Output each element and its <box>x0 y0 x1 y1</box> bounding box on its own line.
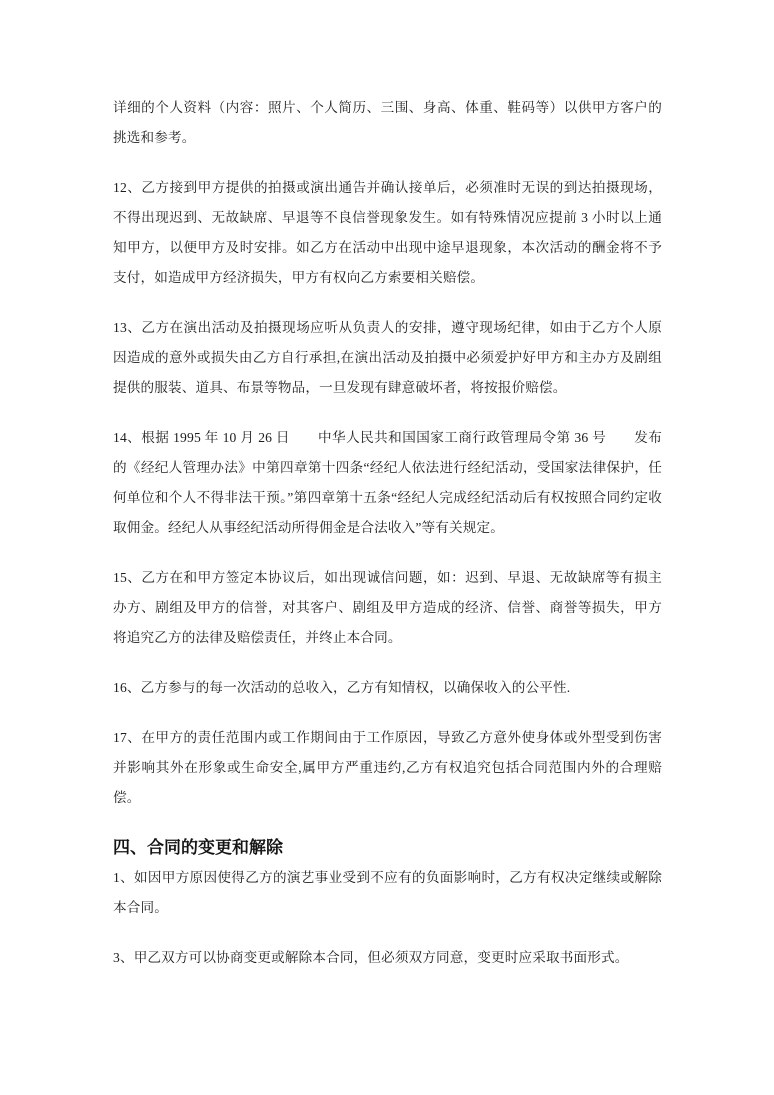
document-page: 详细的个人资料（内容：照片、个人简历、三围、身高、体重、鞋码等）以供甲方客户的挑… <box>0 0 774 1095</box>
section-4-heading: 四、合同的变更和解除 <box>113 833 662 863</box>
clause-17: 17、在甲方的责任范围内或工作期间由于工作原因，导致乙方意外使身体或外型受到伤害… <box>113 723 662 813</box>
clause-4-1: 1、如因甲方原因使得乙方的演艺事业受到不应有的负面影响时，乙方有权决定继续或解除… <box>113 863 662 923</box>
document-content: 详细的个人资料（内容：照片、个人简历、三围、身高、体重、鞋码等）以供甲方客户的挑… <box>0 0 774 973</box>
clause-13: 13、乙方在演出活动及拍摄现场应听从负责人的安排，遵守现场纪律，如由于乙方个人原… <box>113 313 662 403</box>
clause-14: 14、根据 1995 年 10 月 26 日 中华人民共和国国家工商行政管理局令… <box>113 423 662 543</box>
paragraph-intro-continuation: 详细的个人资料（内容：照片、个人简历、三围、身高、体重、鞋码等）以供甲方客户的挑… <box>113 93 662 153</box>
clause-12: 12、乙方接到甲方提供的拍摄或演出通告并确认接单后，必须准时无误的到达拍摄现场，… <box>113 173 662 293</box>
clause-16: 16、乙方参与的每一次活动的总收入，乙方有知情权，以确保收入的公平性. <box>113 673 662 703</box>
clause-4-3: 3、甲乙双方可以协商变更或解除本合同，但必须双方同意，变更时应采取书面形式。 <box>113 943 662 973</box>
clause-15: 15、乙方在和甲方签定本协议后，如出现诚信问题，如：迟到、早退、无故缺席等有损主… <box>113 563 662 653</box>
